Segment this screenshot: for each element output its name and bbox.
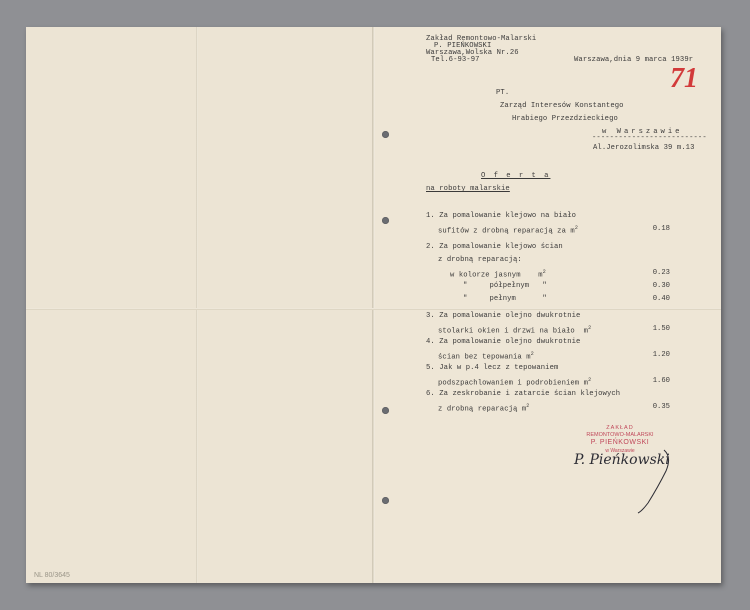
center-fold bbox=[372, 27, 375, 583]
item-6-price: 0.35 bbox=[630, 403, 670, 411]
item-2c-price: 0.40 bbox=[630, 295, 670, 303]
document-sheet: Zakład Remontowo-Malarski P. PIEŃKOWSKI … bbox=[26, 27, 721, 583]
punch-hole-3 bbox=[382, 407, 389, 414]
item-5-line2: podszpachlowaniem i podrobieniem m2 bbox=[438, 377, 591, 387]
item-6-line2: z drobną reparacją m2 bbox=[438, 403, 529, 413]
item-2a-label: w kolorze jasnym m2 bbox=[450, 269, 546, 279]
item-3-line2: stolarki okien i drzwi na biało m2 bbox=[438, 325, 591, 335]
archive-pencil-mark: NL 80/3645 bbox=[34, 572, 70, 579]
recipient-salutation: PT. bbox=[496, 89, 509, 97]
item-2c-label: " pełnym " bbox=[463, 295, 547, 303]
recipient-address: Al.Jerozolimska 39 m.13 bbox=[593, 144, 695, 152]
item-1-line2: sufitów z drobną reparacją za m2 bbox=[438, 225, 578, 235]
item-5-price: 1.60 bbox=[630, 377, 670, 385]
horizontal-fold bbox=[26, 308, 721, 310]
item-1-line1: 1. Za pomalowanie klejowo na biało bbox=[426, 212, 576, 220]
blank-left-leaf bbox=[26, 27, 373, 583]
recipient-line2: Hrabiego Przezdzieckiego bbox=[512, 115, 618, 123]
item-4-price: 1.20 bbox=[630, 351, 670, 359]
item-2b-label: " półpełnym " bbox=[463, 282, 547, 290]
item-2b-price: 0.30 bbox=[630, 282, 670, 290]
punch-hole-4 bbox=[382, 497, 389, 504]
item-1-price: 0.18 bbox=[630, 225, 670, 233]
stamp-line1: ZAKŁAD bbox=[570, 425, 670, 431]
item-2-line2: z drobną reparacją: bbox=[438, 256, 522, 264]
stamp-line2: REMONTOWO-MALARSKI bbox=[566, 432, 674, 438]
item-2a-price: 0.23 bbox=[630, 269, 670, 277]
signature-flourish bbox=[626, 445, 676, 515]
punch-hole-2 bbox=[382, 217, 389, 224]
red-folio-mark: 71 bbox=[670, 63, 698, 95]
item-2-line1: 2. Za pomalowanie klejowo ścian bbox=[426, 243, 563, 251]
item-4-line1: 4. Za pomalowanie olejno dwukrotnie bbox=[426, 338, 580, 346]
item-5-line1: 5. Jak w p.4 lecz z tepowaniem bbox=[426, 364, 558, 372]
item-6-line1: 6. Za zeskrobanie i zatarcie ścian klejo… bbox=[426, 390, 620, 398]
vertical-fold-left bbox=[196, 27, 198, 583]
offer-title: O f e r t a bbox=[481, 172, 550, 180]
item-4-line2: ścian bez tepowania m2 bbox=[438, 351, 534, 361]
item-3-line1: 3. Za pomalowanie olejno dwukrotnie bbox=[426, 312, 580, 320]
recipient-line1: Zarząd Interesów Konstantego bbox=[500, 102, 624, 110]
punch-hole-1 bbox=[382, 131, 389, 138]
offer-subtitle: na roboty malarskie bbox=[426, 185, 510, 193]
recipient-dashes: -------------------------- bbox=[592, 134, 707, 142]
item-3-price: 1.50 bbox=[630, 325, 670, 333]
letterhead-phone: Tel.6-93-97 bbox=[431, 56, 480, 64]
